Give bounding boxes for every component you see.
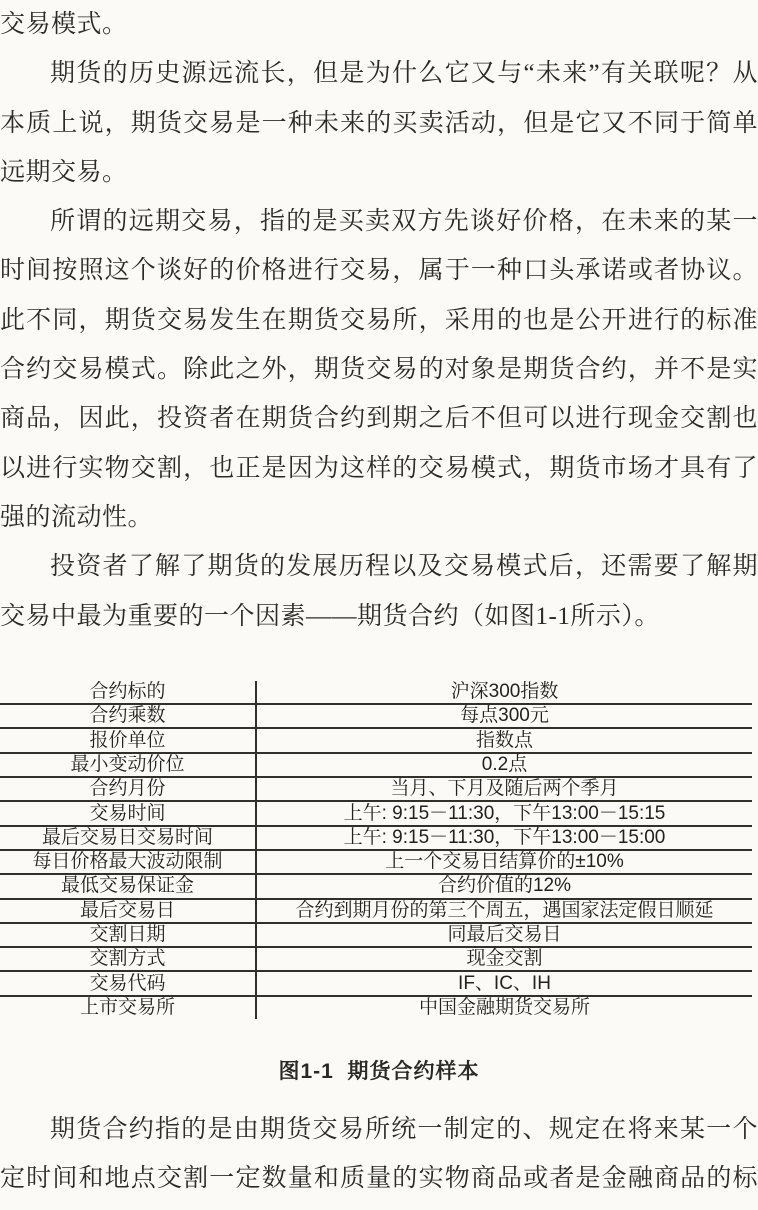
text-line: 强的流动性。 <box>0 493 758 542</box>
body-text-upper: 交易模式。 期货的历史源远流长，但是为什么它又与“未来”有关联呢？从 本质上说，… <box>0 0 758 641</box>
row-value: 0.2点 <box>256 753 752 777</box>
table-row: 交割日期 同最后交易日 <box>0 923 752 947</box>
row-label: 每日价格最大波动限制 <box>0 850 256 874</box>
table-row: 交易时间 上午: 9:15－11:30，下午13:00－15:15 <box>0 801 752 825</box>
row-value: 现金交割 <box>256 947 752 971</box>
text-line: 远期交易。 <box>0 148 758 197</box>
row-value: 中国金融期货交易所 <box>256 996 752 1019</box>
row-label: 合约标的 <box>0 681 256 704</box>
text-line: 交易模式。 <box>0 0 758 49</box>
row-label: 最低交易保证金 <box>0 874 256 898</box>
row-label: 交易时间 <box>0 801 256 825</box>
body-text-lower: 期货合约指的是由期货交易所统一制定的、规定在将来某一个特 定时间和地点交割一定数… <box>0 1105 758 1204</box>
row-value: IF、IC、IH <box>256 971 752 995</box>
row-value: 同最后交易日 <box>256 923 752 947</box>
table-row: 交易代码 IF、IC、IH <box>0 971 752 995</box>
row-label: 交割方式 <box>0 947 256 971</box>
table-row: 上市交易所 中国金融期货交易所 <box>0 996 752 1019</box>
row-value: 指数点 <box>256 728 752 752</box>
row-value: 合约价值的12% <box>256 874 752 898</box>
row-value: 沪深300指数 <box>256 681 752 704</box>
futures-contract-table: 合约标的 沪深300指数 合约乘数 每点300元 报价单位 指数点 最小变动价位… <box>0 681 752 1019</box>
text-line: 所谓的远期交易，指的是买卖双方先谈好价格，在未来的某一个 <box>0 197 758 246</box>
table-row: 交割方式 现金交割 <box>0 947 752 971</box>
row-value: 上午: 9:15－11:30，下午13:00－15:00 <box>256 826 752 850</box>
text-line: 商品，因此，投资者在期货合约到期之后不但可以进行现金交割也可 <box>0 394 758 443</box>
row-value: 当月、下月及随后两个季月 <box>256 777 752 801</box>
table-row: 报价单位 指数点 <box>0 728 752 752</box>
table-row: 最后交易日交易时间 上午: 9:15－11:30，下午13:00－15:00 <box>0 826 752 850</box>
book-page: 交易模式。 期货的历史源远流长，但是为什么它又与“未来”有关联呢？从 本质上说，… <box>0 0 758 1210</box>
text-line: 时间按照这个谈好的价格进行交易，属于一种口头承诺或者协议。与 <box>0 246 758 295</box>
table-row: 最后交易日 合约到期月份的第三个周五，遇国家法定假日顺延 <box>0 899 752 923</box>
text-line: 投资者了解了期货的发展历程以及交易模式后，还需要了解期货 <box>0 542 758 591</box>
table-row: 每日价格最大波动限制 上一个交易日结算价的±10% <box>0 850 752 874</box>
figure-caption: 图1-1 期货合约样本 <box>0 1059 758 1085</box>
row-label: 合约月份 <box>0 777 256 801</box>
table-row: 合约月份 当月、下月及随后两个季月 <box>0 777 752 801</box>
row-value: 每点300元 <box>256 704 752 728</box>
text-line: 此不同，期货交易发生在期货交易所，采用的也是公开进行的标准化 <box>0 296 758 345</box>
row-label: 最后交易日交易时间 <box>0 826 256 850</box>
table-row: 最小变动价位 0.2点 <box>0 753 752 777</box>
text-line: 期货合约指的是由期货交易所统一制定的、规定在将来某一个特 <box>0 1105 758 1154</box>
row-label: 最后交易日 <box>0 899 256 923</box>
row-label: 最小变动价位 <box>0 753 256 777</box>
text-line: 期货的历史源远流长，但是为什么它又与“未来”有关联呢？从 <box>0 49 758 98</box>
row-label: 报价单位 <box>0 728 256 752</box>
text-line: 定时间和地点交割一定数量和质量的实物商品或者是金融商品的标准 <box>0 1154 758 1203</box>
row-label: 合约乘数 <box>0 704 256 728</box>
text-line: 以进行实物交割，也正是因为这样的交易模式，期货市场才具有了更 <box>0 444 758 493</box>
row-value: 合约到期月份的第三个周五，遇国家法定假日顺延 <box>256 899 752 923</box>
text-line: 本质上说，期货交易是一种未来的买卖活动，但是它又不同于简单的 <box>0 99 758 148</box>
table-row: 合约标的 沪深300指数 <box>0 681 752 704</box>
row-label: 交割日期 <box>0 923 256 947</box>
row-value: 上一个交易日结算价的±10% <box>256 850 752 874</box>
text-line: 交易中最为重要的一个因素——期货合约（如图1-1所示）。 <box>0 592 758 641</box>
table-row: 合约乘数 每点300元 <box>0 704 752 728</box>
row-label: 上市交易所 <box>0 996 256 1019</box>
row-label: 交易代码 <box>0 971 256 995</box>
row-value: 上午: 9:15－11:30，下午13:00－15:15 <box>256 801 752 825</box>
table-row: 最低交易保证金 合约价值的12% <box>0 874 752 898</box>
text-line: 合约交易模式。除此之外，期货交易的对象是期货合约，并不是实物 <box>0 345 758 394</box>
